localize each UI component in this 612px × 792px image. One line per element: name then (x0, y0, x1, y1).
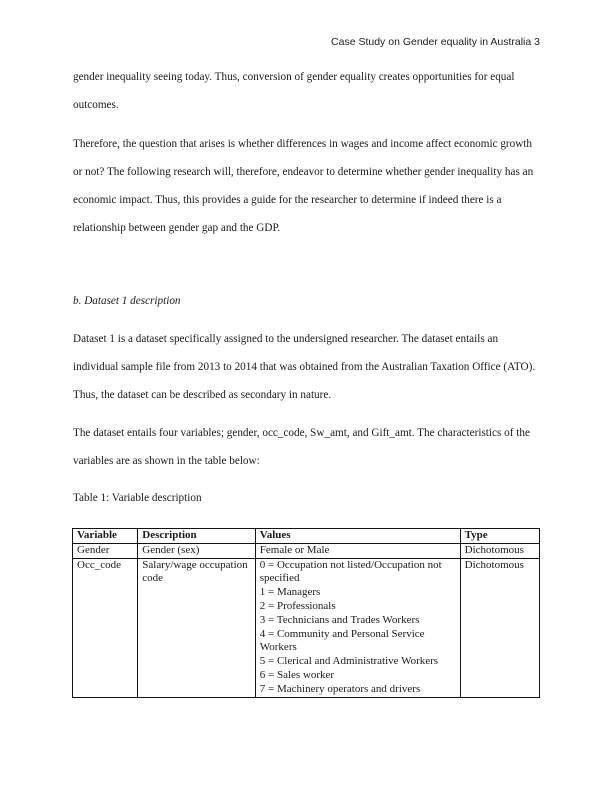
value-line: 3 = Technicians and Trades Workers (260, 614, 456, 628)
cell-description: Gender (sex) (138, 543, 256, 558)
table-header-row: Variable Description Values Type (73, 529, 540, 544)
variable-description-table: Variable Description Values Type Gender … (72, 528, 540, 698)
cell-values: 0 = Occupation not listed/Occupation not… (255, 558, 460, 697)
value-line: 4 = Community and Personal Service Worke… (260, 628, 456, 656)
running-header: Case Study on Gender equality in Austral… (331, 36, 540, 48)
cell-variable: Gender (73, 543, 138, 558)
section-heading-dataset-description: b. Dataset 1 description (73, 287, 543, 315)
table-row: Gender Gender (sex) Female or Male Dicho… (73, 543, 540, 558)
paragraph-intro-continued: gender inequality seeing today. Thus, co… (73, 63, 543, 119)
value-line: 7 = Machinery operators and drivers (260, 683, 456, 697)
column-header-variable: Variable (73, 529, 138, 544)
value-line: 5 = Clerical and Administrative Workers (260, 655, 456, 669)
paragraph-dataset-source: Dataset 1 is a dataset specifically assi… (73, 325, 543, 409)
value-line: 1 = Managers (260, 586, 456, 600)
table-caption: Table 1: Variable description (73, 484, 543, 512)
cell-type: Dichotomous (460, 558, 539, 697)
column-header-type: Type (460, 529, 539, 544)
column-header-description: Description (138, 529, 256, 544)
value-line: Female or Male (260, 544, 456, 558)
document-page: Case Study on Gender equality in Austral… (0, 0, 612, 792)
cell-values: Female or Male (255, 543, 460, 558)
cell-variable: Occ_code (73, 558, 138, 697)
table-row: Occ_code Salary/wage occupation code 0 =… (73, 558, 540, 697)
column-header-values: Values (255, 529, 460, 544)
paragraph-research-question: Therefore, the question that arises is w… (73, 130, 543, 242)
value-line: 0 = Occupation not listed/Occupation not… (260, 559, 456, 587)
cell-description: Salary/wage occupation code (138, 558, 256, 697)
paragraph-dataset-variables: The dataset entails four variables; gend… (73, 419, 543, 475)
value-line: 2 = Professionals (260, 600, 456, 614)
value-line: 6 = Sales worker (260, 669, 456, 683)
cell-type: Dichotomous (460, 543, 539, 558)
